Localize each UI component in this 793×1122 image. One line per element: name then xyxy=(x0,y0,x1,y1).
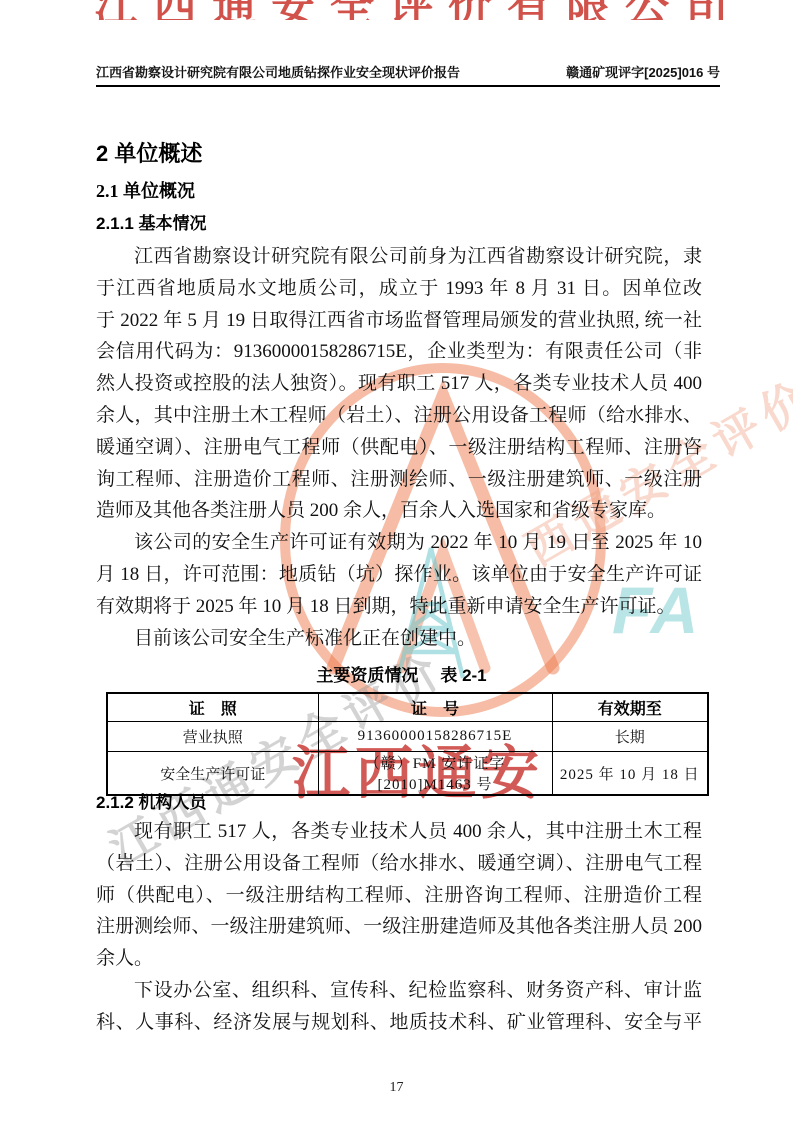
body-text-block-2: 现有职工 517 人，各类专业技术人员 400 余人，其中注册土木工程师 （岩土… xyxy=(96,816,702,1039)
header-rule xyxy=(96,85,720,87)
paragraph-line: 余人。 xyxy=(96,943,702,975)
subsubsection-basic-title: 2.1.1 基本情况 xyxy=(96,209,207,234)
page-header: 江西省勘察设计研究院有限公司地质钻探作业安全现状评价报告 赣通矿现评字[2025… xyxy=(96,62,720,81)
paragraph-line: 注册测绘师、一级注册建筑师、一级注册建造师及其他各类注册人员 200 xyxy=(96,911,702,943)
table-row: 营业执照 91360000158286715E 长期 xyxy=(107,722,708,752)
section-title: 2 单位概述 xyxy=(96,137,202,168)
paragraph-line: 询工程师、注册造价工程师、注册测绘师、一级注册建筑师、一级注册建 xyxy=(96,464,702,496)
col-header-certificate: 证 照 xyxy=(107,693,318,722)
paragraph-line: 然人投资或控股的法人独资）。现有职工 517 人，各类专业技术人员 400 xyxy=(96,368,702,400)
paragraph-line: 会信用代码为：91360000158286715E，企业类型为：有限责任公司（非… xyxy=(96,336,702,368)
col-header-number: 证 号 xyxy=(318,693,552,722)
document-page: 江西通安全评价有限公司 FA 江西通安全评价 西通安全评价有限公司 江西通安 江… xyxy=(0,0,793,1122)
col-header-valid-until: 有效期至 xyxy=(552,693,708,722)
cell-number: （赣）FM 安许证字[2010]M1463 号 xyxy=(318,752,552,796)
paragraph-line: 暖通空调）、注册电气工程师（供配电）、一级注册结构工程师、注册咨 xyxy=(96,432,702,464)
paragraph-line: 造师及其他各类注册人员 200 余人，百余人入选国家和省级专家库。 xyxy=(96,495,702,527)
paragraph-line: 月 18 日，许可范围：地质钻（坑）探作业。该单位由于安全生产许可证 xyxy=(96,559,702,591)
paragraph-line: 江西省勘察设计研究院有限公司前身为江西省勘察设计研究院，隶属 xyxy=(96,241,702,273)
qualifications-table: 证 照 证 号 有效期至 营业执照 91360000158286715E 长期 … xyxy=(106,692,709,796)
cell-number: 91360000158286715E xyxy=(318,722,552,752)
paragraph-line: （岩土）、注册公用设备工程师（给水排水、暖通空调）、注册电气工程 xyxy=(96,848,702,880)
page-number: 17 xyxy=(0,1080,793,1096)
paragraph-line: 现有职工 517 人，各类专业技术人员 400 余人，其中注册土木工程师 xyxy=(96,816,702,848)
subsection-title: 2.1 单位概况 xyxy=(96,177,195,203)
paragraph-line: 于 2022 年 5 月 19 日取得江西省市场监督管理局颁发的营业执照, 统一… xyxy=(96,305,702,337)
header-doc-number: 赣通矿现评字[2025]016 号 xyxy=(566,62,720,81)
subsubsection-org-title: 2.1.2 机构人员 xyxy=(96,788,207,813)
table-header-row: 证 照 证 号 有效期至 xyxy=(107,693,708,722)
paragraph-line: 目前该公司安全生产标准化正在创建中。 xyxy=(96,623,702,655)
paragraph-line: 该公司的安全生产许可证有效期为 2022 年 10 月 19 日至 2025 年… xyxy=(96,527,702,559)
paragraph-line: 余人，其中注册土木工程师（岩土）、注册公用设备工程师（给水排水、 xyxy=(96,400,702,432)
header-report-title: 江西省勘察设计研究院有限公司地质钻探作业安全现状评价报告 xyxy=(96,62,460,81)
page-content: 江西省勘察设计研究院有限公司地质钻探作业安全现状评价报告 赣通矿现评字[2025… xyxy=(0,0,793,1122)
cell-valid-until: 长期 xyxy=(552,722,708,752)
table-caption-title: 主要资质情况 xyxy=(316,666,418,685)
table-caption-ref: 表 2-1 xyxy=(440,666,486,685)
cell-certificate: 营业执照 xyxy=(107,722,318,752)
paragraph-line: 下设办公室、组织科、宣传科、纪检监察科、财务资产科、审计监督 xyxy=(96,975,702,1007)
paragraph-line: 有效期将于 2025 年 10 月 18 日到期，特此重新申请安全生产许可证。 xyxy=(96,591,702,623)
paragraph-line: 于江西省地质局水文地质公司，成立于 1993 年 8 月 31 日。因单位改制， xyxy=(96,273,702,305)
cell-valid-until: 2025 年 10 月 18 日 xyxy=(552,752,708,796)
body-text-block-1: 江西省勘察设计研究院有限公司前身为江西省勘察设计研究院，隶属 于江西省地质局水文… xyxy=(96,241,702,654)
paragraph-line: 师（供配电）、一级注册结构工程师、注册咨询工程师、注册造价工程师、 xyxy=(96,880,702,912)
table-caption: 主要资质情况表 2-1 xyxy=(96,661,707,686)
paragraph-line: 科、人事科、经济发展与规划科、地质技术科、矿业管理科、安全与平安 xyxy=(96,1007,702,1039)
